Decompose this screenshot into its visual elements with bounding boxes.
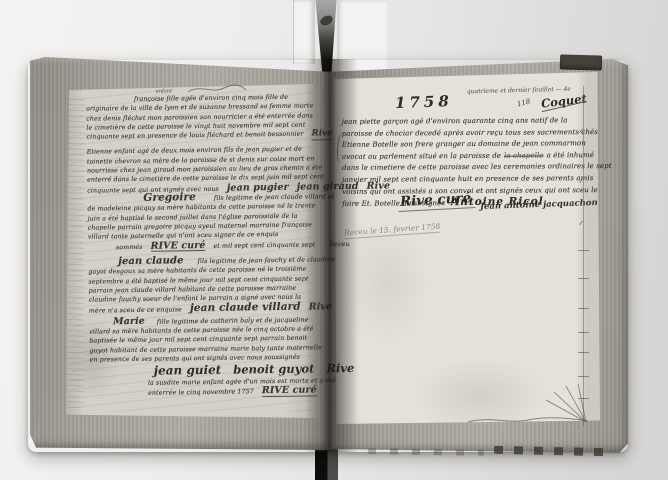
- entry-francoise: françoise fille agée d'environ cinq mois…: [86, 92, 315, 142]
- line-text: cinquante sept en presence de louis fléc…: [86, 130, 303, 142]
- manuscript-line: enterrée le cinq novembre 1757 RIVE curé: [90, 386, 318, 398]
- signature-rive: Rive: [312, 129, 333, 140]
- line-text: a été inhumé: [547, 150, 595, 162]
- margin-tick: [578, 352, 589, 353]
- pen-flourish: [186, 82, 248, 96]
- left-page-text-block: enfant françoise fille agée d'environ ci…: [86, 92, 318, 398]
- entry-heading: Gregoire: [87, 193, 196, 204]
- signature-rive: Rive: [326, 361, 354, 375]
- margin-tick: [578, 332, 589, 333]
- page-block-top-left: [293, 0, 315, 64]
- signature-rive-cure: RIVE curé: [150, 241, 205, 253]
- signature-witness: jean claude villard: [190, 302, 301, 313]
- signature-witness: jean guiet: [154, 363, 222, 378]
- margin-tick: [578, 376, 589, 377]
- entry-lines: villard sa mère habitants de cette paroi…: [89, 324, 317, 364]
- burial-addendum: la susdite marie enfant agée d'un mois e…: [90, 377, 318, 399]
- bottom-squiggle: [468, 414, 590, 426]
- signature-witness: benoit guyot: [233, 362, 314, 377]
- margin-tick: [578, 250, 589, 251]
- line-text: et mil sept cent cinquante sept: [213, 240, 315, 251]
- archival-book-scan: enfant françoise fille agée d'environ ci…: [0, 0, 668, 480]
- entry-lines: jean piette garçon agé d'environ quarant…: [342, 115, 588, 151]
- ink-bleed-margin-column: [67, 96, 85, 408]
- entry-lines: originaire de la ville de lyon et de suz…: [86, 102, 314, 133]
- entry-jean-claude: jean claude fils legitime de jean fauchy…: [88, 254, 317, 314]
- entry-lines: de madeleine picquy sa mère habitants de…: [87, 202, 315, 242]
- cover-corner-tab: [560, 54, 602, 70]
- entry-heading: Marie: [89, 317, 145, 327]
- line-text: fils legitime de jean claude villard et: [214, 192, 335, 203]
- line-text: Receu: [329, 240, 349, 250]
- line-text: sommés: [88, 242, 143, 252]
- margin-rule-line: [583, 86, 584, 426]
- signature-rive-cure: RIVE curé: [262, 386, 317, 398]
- entry-gregoire: Gregoire fils legitime de jean claude vi…: [87, 191, 316, 251]
- margin-tick: [578, 278, 589, 279]
- superscript-note: enfant: [156, 88, 172, 94]
- entry-lines: Etienne enfant agé de deux mois environ …: [87, 145, 315, 185]
- entry-lines: gayot desgoux sa mère habitants de cette…: [88, 265, 316, 305]
- entry-heading: jean claude: [88, 256, 183, 267]
- manuscript-line: cinquante sept en presence de louis fléc…: [86, 130, 314, 142]
- line-text: enterrée le cinq novembre 1757: [148, 388, 254, 399]
- line-text: mère n'a sceu de ce enquise: [89, 305, 182, 316]
- margin-tick: [578, 308, 589, 309]
- entry-etienne: Etienne enfant agé de deux mois environ …: [87, 145, 316, 195]
- page-edge-marks: [368, 448, 484, 456]
- signature-rive: Rive: [309, 302, 333, 312]
- page-edge-marks: [494, 446, 606, 456]
- entry-marie: Marie fille legitime de catherin baly et…: [89, 314, 318, 364]
- signature-witness: jean pugier: [227, 182, 289, 192]
- struck-out-word: la chapelle: [504, 150, 544, 162]
- year-heading: 1758: [395, 92, 453, 112]
